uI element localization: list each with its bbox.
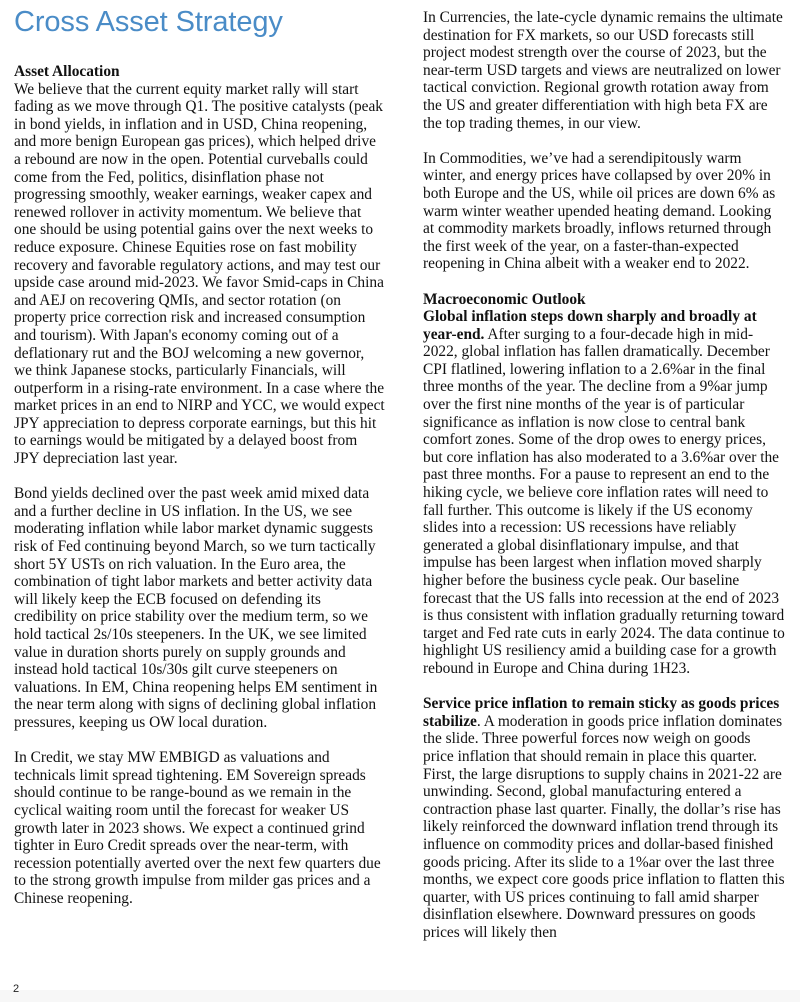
- paragraph-bonds: Bond yields declined over the past week …: [14, 485, 386, 731]
- section-heading-asset-allocation: Asset Allocation: [14, 63, 386, 81]
- paragraph-commodities: In Commodities, we’ve had a serendipitou…: [423, 150, 785, 273]
- paragraph-global-inflation: Global inflation steps down sharply and …: [423, 308, 785, 677]
- page-number: 2: [13, 983, 19, 995]
- section-heading-macro-outlook: Macroeconomic Outlook: [423, 291, 785, 309]
- paragraph-credit: In Credit, we stay MW EMBIGD as valuatio…: [14, 749, 386, 907]
- document-page: Cross Asset Strategy Asset Allocation We…: [0, 0, 800, 1002]
- paragraph-equities: We believe that the current equity marke…: [14, 81, 386, 468]
- paragraph-body: . A moderation in goods price inflation …: [423, 713, 785, 941]
- left-column: Asset Allocation We believe that the cur…: [14, 63, 386, 925]
- paragraph-service-inflation: Service price inflation to remain sticky…: [423, 695, 785, 941]
- paragraph-currencies: In Currencies, the late-cycle dynamic re…: [423, 9, 785, 132]
- right-column: In Currencies, the late-cycle dynamic re…: [423, 9, 785, 959]
- page-title: Cross Asset Strategy: [14, 6, 283, 39]
- footer-strip: [0, 990, 800, 1002]
- paragraph-body: After surging to a four-decade high in m…: [423, 326, 785, 677]
